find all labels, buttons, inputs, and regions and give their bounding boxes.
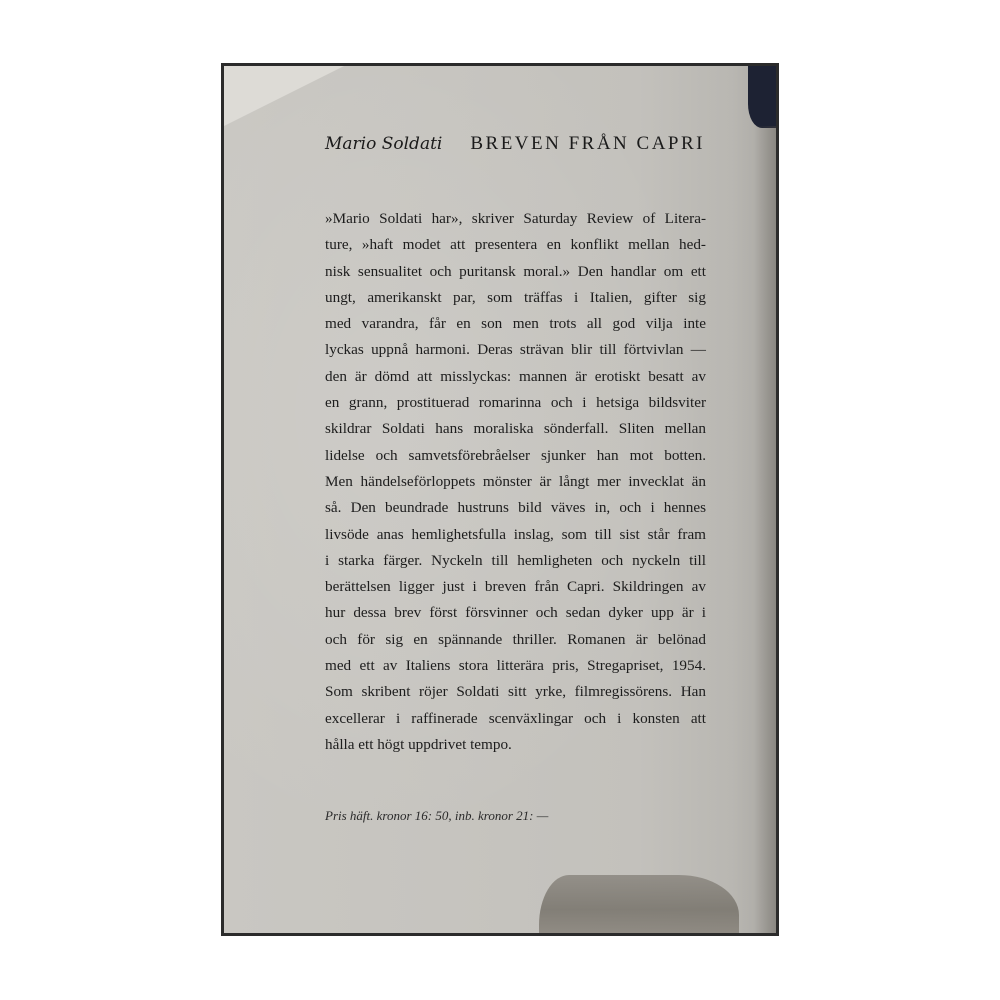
cover-paper: Mario Soldati BREVEN FRÅN CAPRI »Mario S… xyxy=(224,66,776,933)
blurb-line: med ett av Italiens stora litterära pris… xyxy=(325,653,706,679)
torn-corner-top-right xyxy=(748,66,776,128)
blurb-line: Som skribent röjer Soldati sitt yrke, fi… xyxy=(325,679,706,705)
blurb-text: »Mario Soldati har», skriver Saturday Re… xyxy=(325,206,706,758)
book-back-cover: Mario Soldati BREVEN FRÅN CAPRI »Mario S… xyxy=(221,63,779,936)
blurb-line: hålla ett högt uppdrivet tempo. xyxy=(325,732,706,758)
book-title: BREVEN FRÅN CAPRI xyxy=(470,133,705,155)
blurb-line: så. Den beundrade hustruns bild väves in… xyxy=(325,495,706,521)
blurb-line: den är dömd att misslyckas: mannen är er… xyxy=(325,364,706,390)
blurb-line: Men händelseförloppets mönster är långt … xyxy=(325,469,706,495)
blurb-line: nisk sensualitet och puritansk moral.» D… xyxy=(325,259,706,285)
faded-corner-patch xyxy=(224,66,344,126)
blurb-line: ture, »haft modet att presentera en konf… xyxy=(325,232,706,258)
blurb-line: excellerar i raffinerade scenväxlingar o… xyxy=(325,706,706,732)
cover-header: Mario Soldati BREVEN FRÅN CAPRI xyxy=(325,133,705,155)
blurb-line: ungt, amerikanskt par, som träffas i Ita… xyxy=(325,285,706,311)
blurb-line: berättelsen ligger just i breven från Ca… xyxy=(325,574,706,600)
blurb-line: skildrar Soldati hans moraliska sönderfa… xyxy=(325,416,706,442)
blurb-line: livsöde anas hemlighetsfulla inslag, som… xyxy=(325,522,706,548)
blurb-line: »Mario Soldati har», skriver Saturday Re… xyxy=(325,206,706,232)
author-name: Mario Soldati xyxy=(325,134,442,154)
blurb-line: en grann, prostituerad romarinna och i h… xyxy=(325,390,706,416)
blurb-line: i starka färger. Nyckeln till hemlighete… xyxy=(325,548,706,574)
blurb-line: lyckas uppnå harmoni. Deras strävan blir… xyxy=(325,337,706,363)
blurb-line: hur dessa brev först försvinner och seda… xyxy=(325,600,706,626)
torn-area-bottom xyxy=(539,875,739,933)
blurb-line: och för sig en spännande thriller. Roman… xyxy=(325,627,706,653)
edge-shadow xyxy=(754,126,776,933)
blurb-line: lidelse och samvetsförebråelser sjunker … xyxy=(325,443,706,469)
blurb-line: med varandra, får en son men trots all g… xyxy=(325,311,706,337)
price-line: Pris häft. kronor 16: 50, inb. kronor 21… xyxy=(325,808,548,824)
